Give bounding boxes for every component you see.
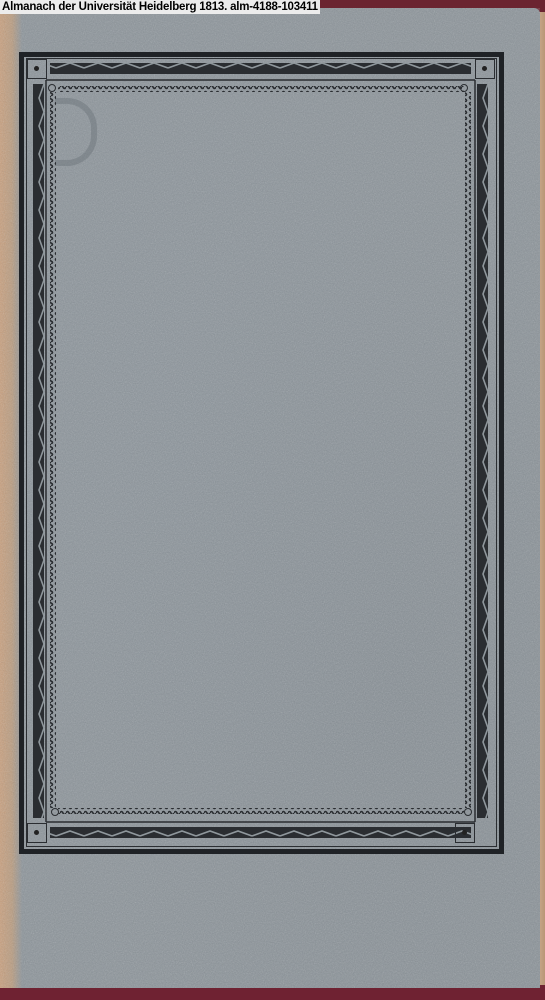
corner-ornament-bottom-right bbox=[455, 823, 475, 843]
corner-ornament-top-right bbox=[475, 59, 495, 79]
image-caption: Almanach der Universität Heidelberg 1813… bbox=[0, 0, 320, 14]
ring-ornament-bottom-right bbox=[464, 808, 472, 816]
ring-ornament-bottom-left bbox=[51, 808, 59, 816]
corner-ornament-top-left bbox=[27, 59, 47, 79]
scanned-page bbox=[0, 0, 545, 1000]
frame-ornaments bbox=[0, 0, 545, 1000]
corner-ornament-bottom-left bbox=[27, 823, 47, 843]
ring-ornament-top-right bbox=[460, 84, 468, 92]
ring-ornament-top-left bbox=[48, 84, 56, 92]
